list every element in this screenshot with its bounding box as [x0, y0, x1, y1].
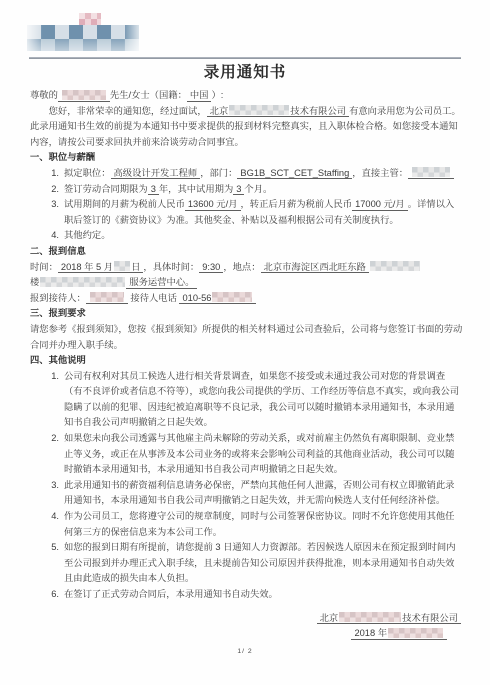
regular-salary-value: 17000 元/月 — [352, 199, 408, 211]
address-redaction-block — [370, 261, 420, 271]
offer-letter-page: 录用通知书 尊敬的先生/女士（国籍：中国）: 您好，非常荣幸的通知您，经过面试，… — [0, 0, 490, 685]
building-redaction-block — [40, 277, 125, 287]
signature-date-prefix: 2018 年 — [354, 628, 387, 638]
item-text: 在签订了正式劳动合同后，本录用通知书自动失效。 — [64, 587, 463, 603]
supervisor-label: ，直接主管： — [352, 168, 408, 178]
item-text: 公司有权利对其员工候选人进行相关背景调查，如果您不接受或未通过我公司对您的背景调… — [64, 369, 463, 431]
list-item: 3. 此录用通知书的薪资福利信息请务必保密，严禁向其他任何人泄露，否则公司有权立… — [46, 478, 463, 509]
list-item: 5. 如您的报到日期有所提前，请您提前 3 日通知人力资源部。若因候选人原因未在… — [46, 540, 463, 587]
signature-company-value: 北京技术有限公司 — [317, 613, 461, 625]
item-number: 4. — [46, 228, 59, 244]
salutation-line: 尊敬的先生/女士（国籍：中国）: — [30, 88, 463, 104]
probation-unit: 个月。 — [244, 184, 272, 194]
recipient-name-redacted — [58, 90, 110, 102]
section-1-heading: 一、职位与薪酬 — [30, 150, 463, 166]
list-item: 2. 签订劳动合同期限为3年，其中试用期为3个月。 — [46, 182, 463, 198]
letter-body: 尊敬的先生/女士（国籍：中国）: 您好，非常荣幸的通知您，经过面试，北京技术有限… — [0, 83, 490, 642]
report-time-line: 时间：2018 年 5 月日，具体时间：9:30，地点：北京市海淀区西北旺东路 — [30, 260, 463, 276]
company-logo-redacted — [27, 13, 142, 51]
item-number: 3. — [46, 478, 59, 509]
section-3-heading: 三、报到要求 — [30, 306, 463, 322]
report-time-value: 9:30 — [199, 262, 223, 274]
item-text: 签订劳动合同期限为3年，其中试用期为3个月。 — [64, 182, 463, 198]
salutation-honorific: 先生/女士（国籍： — [110, 90, 187, 100]
header-divider — [29, 57, 461, 59]
signature-company-prefix: 北京 — [320, 613, 339, 623]
signature-company-suffix: 技术有限公司 — [402, 613, 458, 623]
item-number: 2. — [46, 182, 59, 198]
item-number: 1. — [46, 369, 59, 431]
receptionist-name-redacted — [86, 293, 128, 305]
salutation-close: ）: — [211, 90, 223, 100]
supervisor-value-redacted — [408, 168, 454, 180]
list-item: 6. 在签订了正式劳动合同后，本录用通知书自动失效。 — [46, 587, 463, 603]
item-number: 6. — [46, 587, 59, 603]
page-number: 1/ 2 — [0, 648, 490, 655]
regular-salary-label: ，转正后月薪为税前人民币 — [241, 199, 353, 209]
signature-company-line: 北京技术有限公司 — [30, 611, 461, 627]
probation-salary-value: 13600 元/月 — [185, 199, 241, 211]
item-number: 2. — [46, 431, 59, 478]
phone-prefix: 010-56 — [182, 293, 211, 303]
report-address-line-2: 楼服务运营中心。 — [30, 275, 463, 291]
receptionist-redaction-block — [90, 292, 124, 302]
item-number: 4. — [46, 509, 59, 540]
item-text: 如您的报到日期有所提前，请您提前 3 日通知人力资源部。若因候选人原因未在预定报… — [64, 540, 463, 587]
report-date-prefix: 2018 年 5 月 — [61, 262, 113, 272]
logo-blue-blur-block — [27, 25, 139, 51]
report-date-value: 2018 年 5 月日 — [58, 262, 144, 274]
report-day-redaction-block — [114, 261, 130, 271]
intro-paragraph: 您好，非常荣幸的通知您，经过面试，北京技术有限公司有意向录用您为公司员工。此录用… — [30, 104, 463, 151]
location-label: ，地点： — [223, 262, 260, 272]
list-item: 1. 拟定职位：高级设计开发工程师，部门：BG1B_SCT_CET_Staffi… — [46, 166, 463, 182]
supervisor-redaction-block — [412, 167, 450, 177]
phone-label: 接待人电话 — [130, 293, 177, 303]
list-item: 1. 公司有权利对其员工候选人进行相关背景调查，如果您不接受或未通过我公司对您的… — [46, 369, 463, 431]
list-item: 3. 试用期间的月薪为税前人民币13600 元/月，转正后月薪为税前人民币170… — [46, 197, 463, 228]
probation-label: 年，其中试用期为 — [159, 184, 233, 194]
item-text: 试用期间的月薪为税前人民币13600 元/月，转正后月薪为税前人民币17000 … — [64, 197, 463, 228]
building-label: 楼 — [30, 277, 39, 287]
dept-value: BG1B_SCT_CET_Staffing — [237, 168, 352, 180]
item-number: 1. — [46, 166, 59, 182]
signature-block: 北京技术有限公司 2018 年 — [30, 611, 463, 642]
item-text: 作为公司员工，您将遵守公司的规章制度，同时与公司签署保密协议。同时不允许您使用其… — [64, 509, 463, 540]
item-text: 其他约定。 — [64, 228, 463, 244]
signature-date-redaction-block — [388, 628, 443, 638]
phone-redaction-block — [212, 292, 252, 302]
page-title: 录用通知书 — [0, 63, 490, 83]
company-prefix: 北京 — [210, 106, 229, 116]
item-number: 3. — [46, 197, 59, 228]
probation-months-value: 3 — [233, 184, 244, 196]
report-contact-line: 报到接待人： 接待人电话 010-56 — [30, 291, 463, 307]
name-redaction-block — [62, 90, 106, 100]
item-number: 5. — [46, 540, 59, 587]
item-text: 拟定职位：高级设计开发工程师，部门：BG1B_SCT_CET_Staffing，… — [64, 166, 463, 182]
report-address-value: 北京市海淀区西北旺东路 — [261, 262, 369, 274]
contract-term-label: 签订劳动合同期限为 — [64, 184, 148, 194]
position-value: 高级设计开发工程师 — [111, 168, 201, 180]
exact-time-label: ，具体时间： — [143, 262, 199, 272]
report-date-suffix: 日 — [131, 262, 140, 272]
list-item: 4. 其他约定。 — [46, 228, 463, 244]
company-name-value: 北京技术有限公司 — [207, 106, 349, 118]
item-text: 如果您未向我公司透露与其他雇主尚未解除的劳动关系，或对前雇主仍然负有离职限制、竞… — [64, 431, 463, 478]
item-text: 此录用通知书的薪资福利信息请务必保密，严禁向其他任何人泄露，否则公司有权立即撤销… — [64, 478, 463, 509]
service-center-value: 服务运营中心。 — [126, 277, 197, 289]
probation-salary-label: 试用期间的月薪为税前人民币 — [64, 199, 185, 209]
receptionist-label: 报到接待人： — [30, 293, 86, 303]
contract-years-value: 3 — [148, 184, 159, 196]
company-suffix: 技术有限公司 — [290, 106, 346, 116]
phone-value: 010-56 — [179, 293, 256, 305]
signature-date-line: 2018 年 — [30, 626, 461, 642]
salutation-prefix: 尊敬的 — [30, 90, 58, 100]
section-3-paragraph: 请您参考《报到须知》，您按《报到须知》所提供的相关材料通过公司查验后，公司将与您… — [30, 322, 463, 353]
section-2-heading: 二、报到信息 — [30, 244, 463, 260]
signature-company-redaction-block — [339, 612, 401, 622]
section-4-heading: 四、其他说明 — [30, 353, 463, 369]
signature-date-value: 2018 年 — [351, 628, 447, 640]
nationality-value: 中国 — [187, 90, 212, 102]
list-item: 2. 如果您未向我公司透露与其他雇主尚未解除的劳动关系，或对前雇主仍然负有离职限… — [46, 431, 463, 478]
dept-label: ，部门： — [200, 168, 237, 178]
position-label: 拟定职位： — [64, 168, 111, 178]
list-item: 4. 作为公司员工，您将遵守公司的规章制度，同时与公司签署保密协议。同时不允许您… — [46, 509, 463, 540]
intro-text-1: 您好，非常荣幸的通知您，经过面试， — [49, 106, 207, 116]
company-name-redaction-block — [229, 105, 289, 115]
time-label: 时间： — [30, 262, 58, 272]
